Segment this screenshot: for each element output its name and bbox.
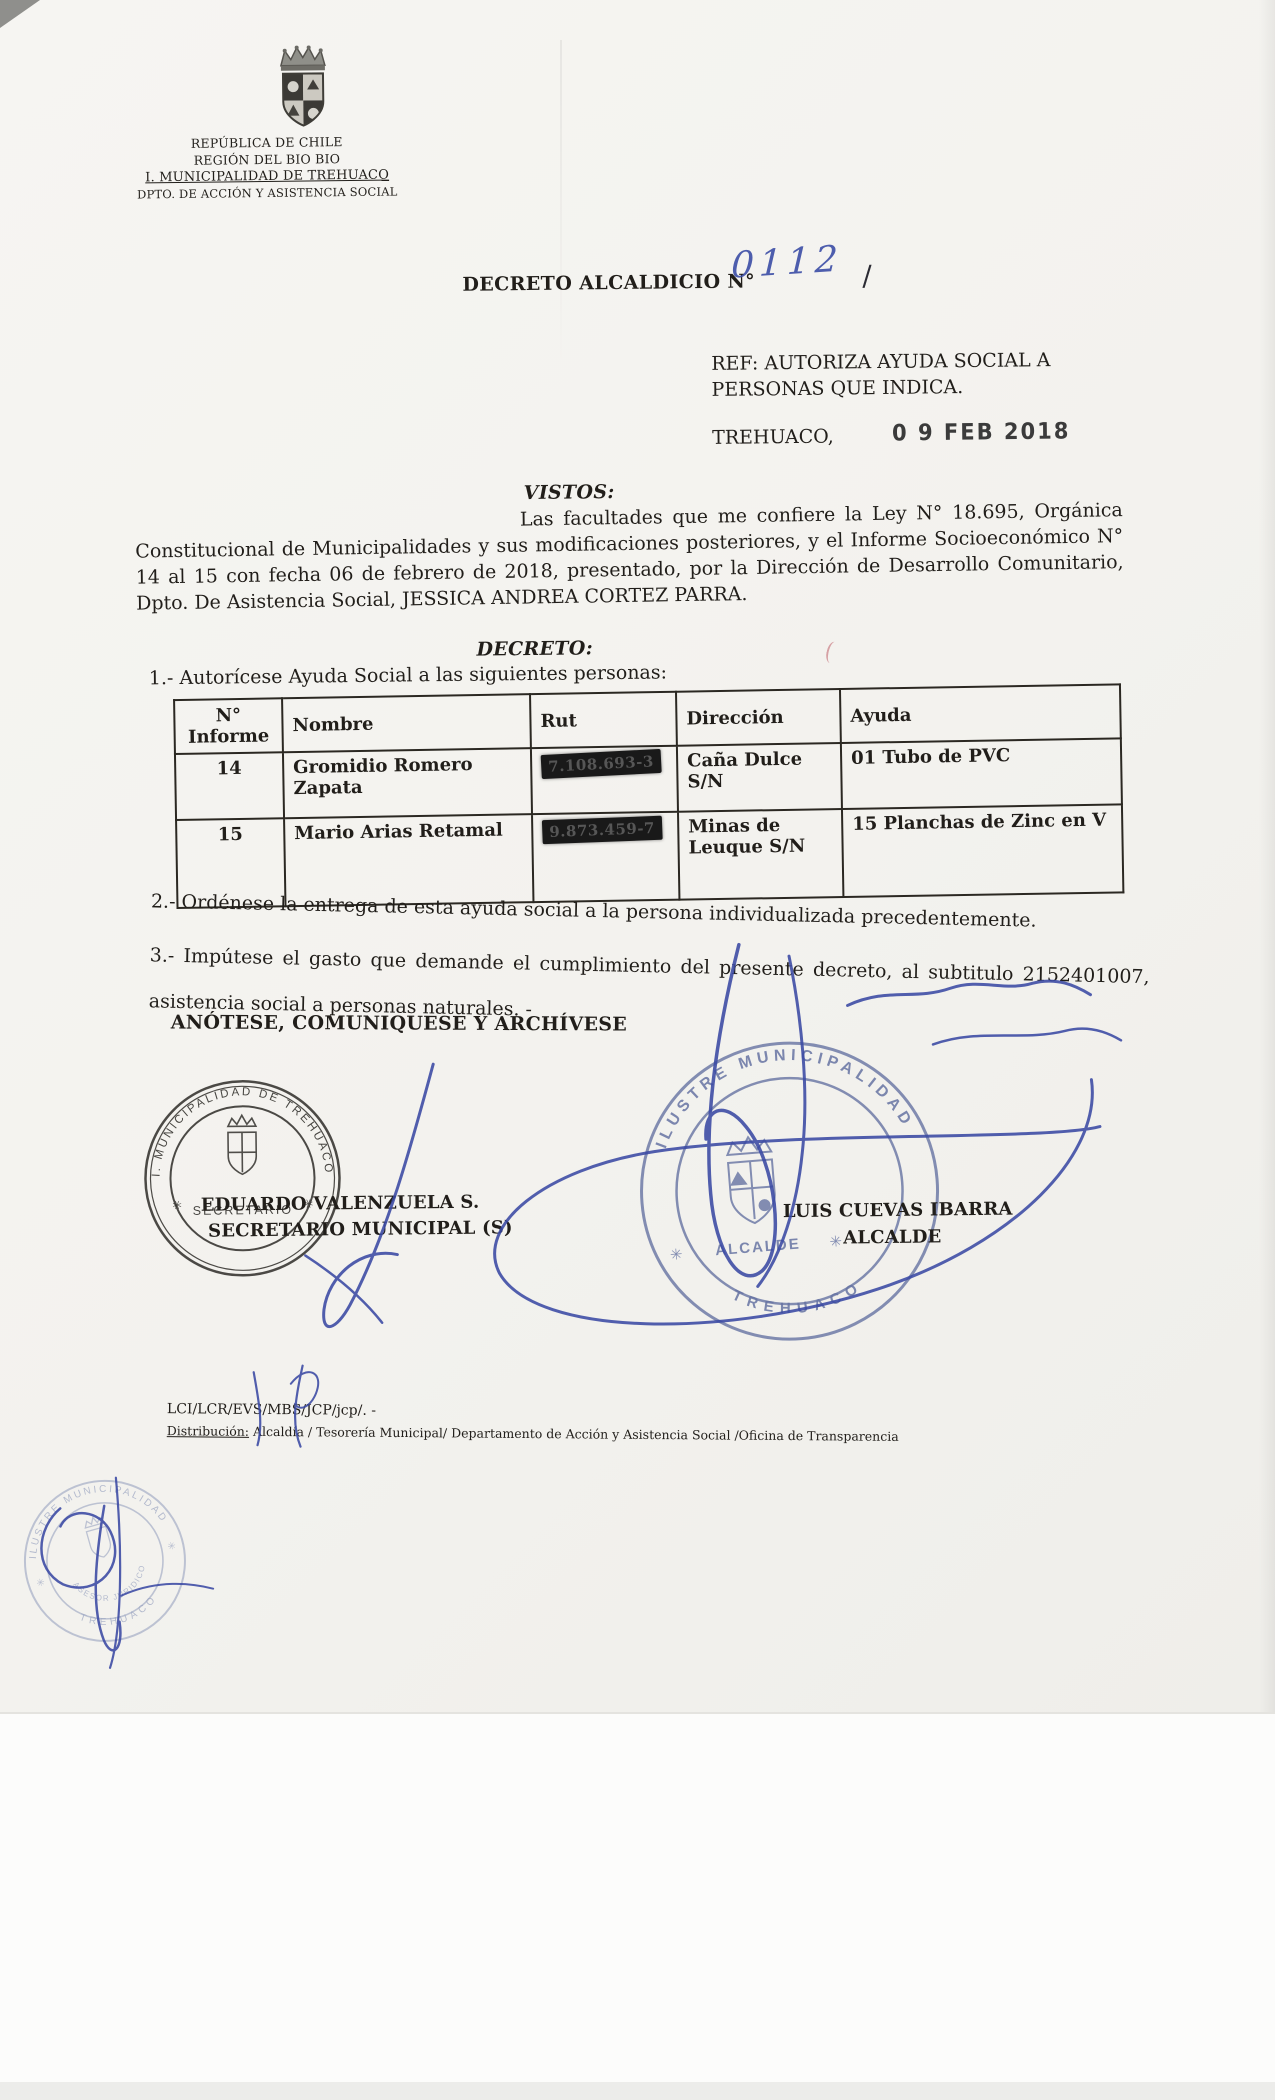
- cell-rut: 7.108.693-3: [531, 746, 678, 814]
- stamp-star: ✳: [35, 1577, 46, 1590]
- col-header-rut: Rut: [530, 692, 677, 748]
- reference-line2: PERSONAS QUE INDICA.: [711, 372, 1131, 403]
- alcalde-round-stamp: ILUSTRE MUNICIPALIDAD TREHUACO ✳ ✳ ALCAL…: [617, 1021, 962, 1366]
- cell-direccion: Caña Dulce S/N: [677, 743, 842, 812]
- title-slash: /: [862, 259, 872, 292]
- secretario-role: SECRETARIO MUNICIPAL (S): [208, 1217, 513, 1241]
- coat-of-arms-icon: [271, 43, 336, 140]
- stamp-inner-text: ALCALDE: [715, 1235, 802, 1259]
- handwritten-decree-number: 0112: [730, 238, 843, 286]
- stamp-shield-icon: [83, 1515, 113, 1560]
- footer-block: LCI/LCR/EVS/MBS/JCP/jcp/. - Distribución…: [167, 1401, 899, 1444]
- svg-text:ILUSTRE MUNICIPALIDAD: ILUSTRE MUNICIPALIDAD: [646, 1037, 917, 1152]
- col-header-ayuda: Ayuda: [840, 684, 1121, 743]
- reference-block: REF: AUTORIZA AYUDA SOCIAL A PERSONAS QU…: [711, 346, 1132, 403]
- stamp-shield-icon: [228, 1115, 257, 1174]
- secretario-round-stamp: I. MUNICIPALIDAD DE TREHUACO ✳ ✳ SECRETA…: [131, 1065, 354, 1292]
- stamp-ring-bottom-text: TREHUACO: [728, 1276, 868, 1322]
- col-header-nombre: Nombre: [282, 694, 531, 752]
- decree-title: DECRETO ALCALDICIO N°: [462, 270, 755, 295]
- stamp-ring-top-text: ILUSTRE MUNICIPALIDAD: [646, 1037, 917, 1152]
- alcalde-role: ALCALDE: [843, 1226, 942, 1248]
- asesor-juridico-stamp: ILUSTRE MUNICIPALIDAD TREHUACO ✳ ✳ ASESO…: [0, 1447, 216, 1674]
- footer-initials: LCI/LCR/EVS/MBS/JCP/jcp/. -: [167, 1401, 899, 1423]
- secretario-name: EDUARDO VALENZUELA S.: [201, 1192, 480, 1216]
- vistos-paragraph: Las facultades que me confiere la Ley N°…: [135, 497, 1125, 617]
- alcalde-name: LUIS CUEVAS IBARRA: [783, 1199, 1013, 1223]
- scan-tilt-wrapper: REPÚBLICA DE CHILE REGIÓN DEL BIO BIO I.…: [0, 0, 1275, 2100]
- distribution-text: Alcaldía / Tesorería Municipal/ Departam…: [249, 1424, 899, 1444]
- cell-ayuda: 01 Tubo de PVC: [841, 738, 1122, 809]
- vistos-heading: VISTOS:: [524, 481, 615, 504]
- decreto-item-1: 1.- Autorícese Ayuda Social a las siguie…: [149, 661, 667, 689]
- svg-text:TREHUACO: TREHUACO: [728, 1276, 868, 1322]
- distribution-line: Distribución: Alcaldía / Tesorería Munic…: [167, 1423, 899, 1444]
- svg-text:✳: ✳: [168, 1198, 185, 1213]
- date-stamp: 0 9 FEB 2018: [892, 418, 1071, 446]
- stamp-star: ✳: [166, 1540, 177, 1553]
- rut-value: 9.873.459-7: [549, 819, 655, 841]
- rut-value: 7.108.693-3: [548, 752, 654, 775]
- decreto-heading: DECRETO:: [476, 637, 593, 660]
- redaction-bar: 9.873.459-7: [542, 816, 662, 844]
- cell-informe: 14: [175, 752, 284, 820]
- col-header-informe: N° Informe: [174, 698, 283, 754]
- redaction-bar: 7.108.693-3: [541, 749, 662, 779]
- letterhead-department: DPTO. DE ACCIÓN Y ASISTENCIA SOCIAL: [109, 183, 425, 204]
- col-header-direccion: Dirección: [676, 689, 841, 746]
- closing-formula: ANÓTESE, COMUNIQUESE Y ARCHÍVESE: [171, 1012, 627, 1036]
- distribution-label: Distribución:: [167, 1423, 249, 1439]
- cell-direccion: Minas de Leuque S/N: [678, 809, 843, 900]
- stamp-star: ✳: [168, 1198, 185, 1213]
- stamp-shield-icon: [726, 1136, 777, 1225]
- stamp-star: ✳: [669, 1246, 683, 1264]
- cell-nombre: Gromidio Romero Zapata: [283, 748, 532, 818]
- stamp-star: ✳: [829, 1233, 843, 1251]
- place-label: TREHUACO,: [712, 426, 834, 449]
- aid-table: N° Informe Nombre Rut Dirección Ayuda 14…: [173, 683, 1124, 909]
- red-pen-mark: [824, 640, 841, 664]
- table-row: 15 Mario Arias Retamal 9.873.459-7 Minas…: [176, 804, 1123, 908]
- cell-ayuda: 15 Planchas de Zinc en V: [842, 804, 1123, 897]
- scanned-decree-page: REPÚBLICA DE CHILE REGIÓN DEL BIO BIO I.…: [0, 0, 1275, 2100]
- cell-nombre: Mario Arias Retamal: [284, 814, 533, 906]
- cell-rut: 9.873.459-7: [532, 812, 679, 902]
- letterhead: REPÚBLICA DE CHILE REGIÓN DEL BIO BIO I.…: [109, 132, 426, 204]
